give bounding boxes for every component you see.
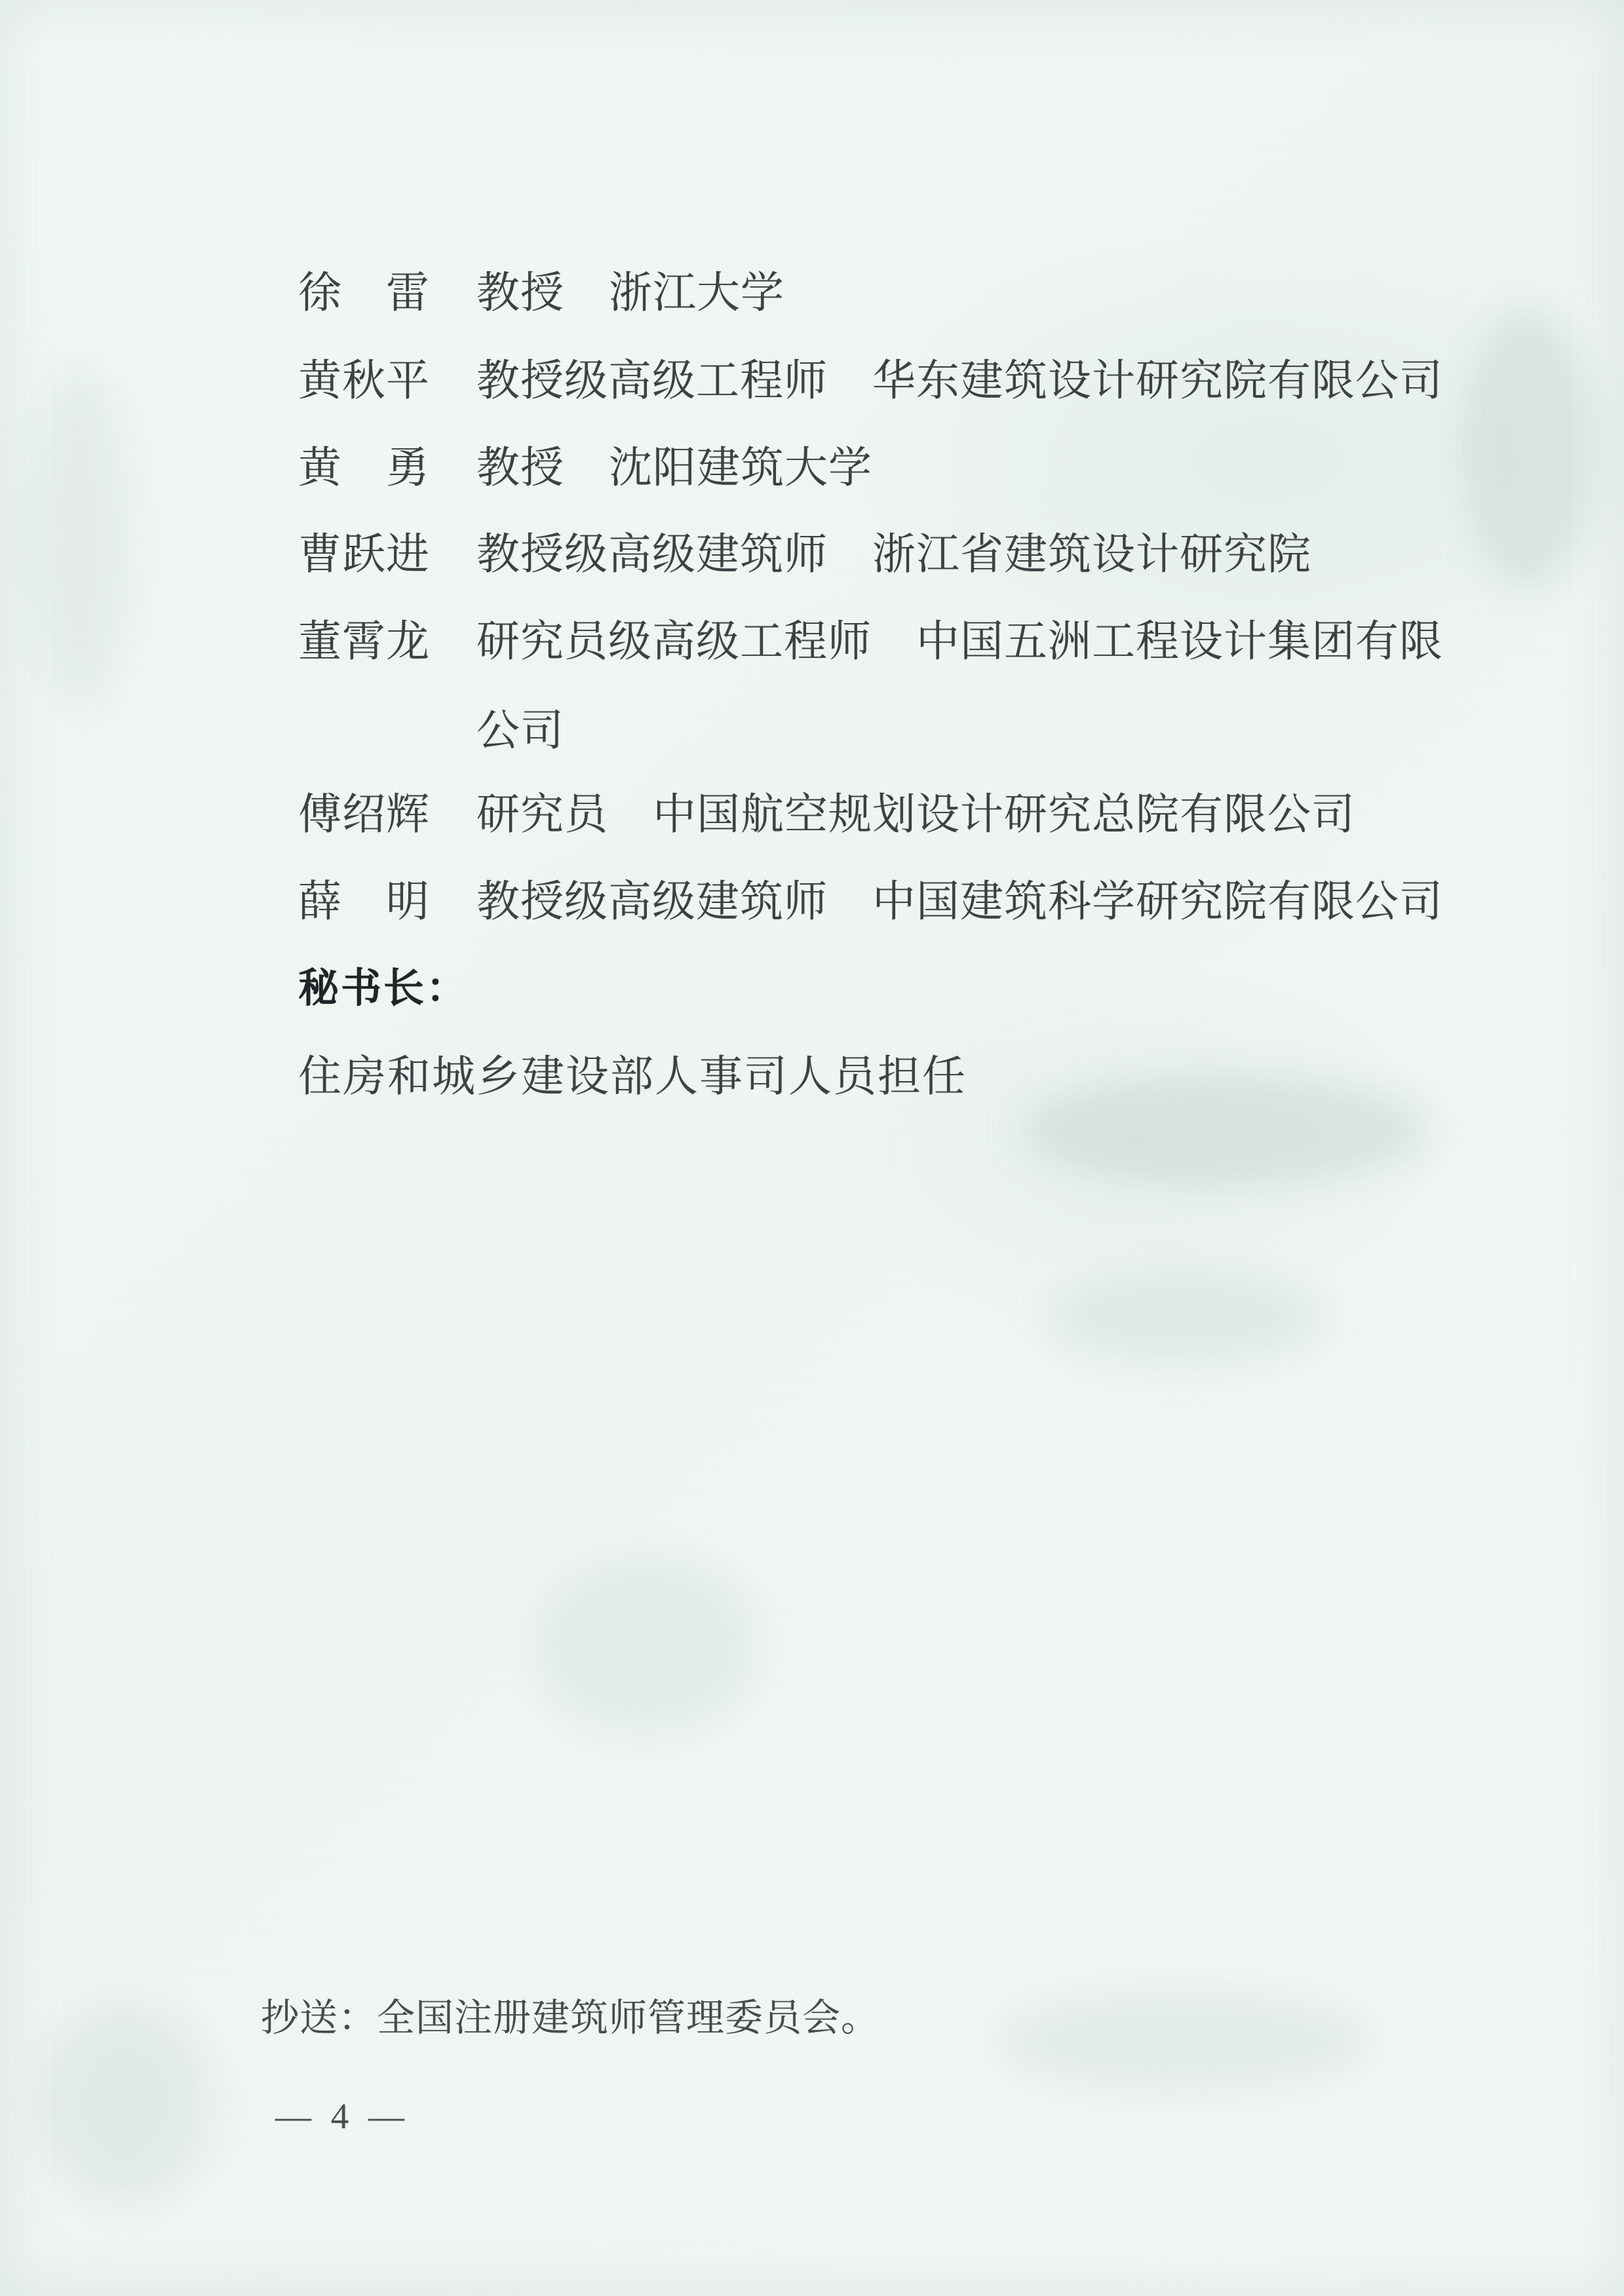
secretary-body: 住房和城乡建设部人事司人员担任 (298, 1054, 967, 1100)
member-org: 浙江大学 (609, 269, 784, 317)
member-title: 研究员级高级工程师 (476, 618, 872, 666)
member-org: 华东建筑设计研究院有限公司 (872, 357, 1443, 405)
member-row: 薛 明教授级高级建筑师中国建筑科学研究院有限公司 (298, 879, 1443, 925)
member-title: 教授级高级工程师 (476, 357, 828, 405)
member-title: 研究员 (476, 791, 608, 839)
member-row: 徐 雷教授浙江大学 (298, 271, 784, 316)
member-org: 中国五洲工程设计集团有限 (916, 618, 1443, 666)
scan-smudge (537, 1559, 754, 1730)
member-title: 教授级高级建筑师 (476, 531, 828, 579)
member-title: 教授 (476, 444, 564, 492)
member-name: 曹跃进 (298, 532, 476, 578)
scan-smudge (1049, 1271, 1324, 1363)
member-org: 中国建筑科学研究院有限公司 (872, 878, 1443, 926)
member-row: 董霄龙研究员级高级工程师中国五洲工程设计集团有限 (298, 619, 1443, 665)
member-row: 曹跃进教授级高级建筑师浙江省建筑设计研究院 (298, 532, 1311, 578)
member-org: 中国航空规划设计研究总院有限公司 (653, 791, 1355, 839)
member-row: 傅绍辉研究员中国航空规划设计研究总院有限公司 (298, 792, 1355, 838)
member-name: 徐 雷 (298, 271, 476, 316)
scan-smudge (1461, 308, 1593, 590)
scanned-document-page: 徐 雷教授浙江大学 黄秋平教授级高级工程师华东建筑设计研究院有限公司 黄 勇教授… (0, 0, 1624, 2296)
member-title: 教授 (476, 269, 564, 317)
page-number: — 4 — (275, 2097, 410, 2136)
secretary-heading: 秘书长： (298, 966, 469, 1010)
member-name: 薛 明 (298, 879, 476, 925)
member-row: 黄 勇教授沈阳建筑大学 (298, 446, 872, 491)
member-row: 黄秋平教授级高级工程师华东建筑设计研究院有限公司 (298, 358, 1443, 404)
member-name: 傅绍辉 (298, 792, 476, 838)
scan-smudge (39, 2005, 210, 2202)
member-org: 沈阳建筑大学 (609, 444, 872, 492)
member-org: 浙江省建筑设计研究院 (872, 531, 1311, 579)
member-org-continuation: 公司 (476, 708, 564, 754)
scan-smudge (26, 367, 131, 708)
scan-smudge (1003, 1992, 1370, 2090)
member-name: 黄秋平 (298, 358, 476, 404)
cc-line: 抄送：全国注册建筑师管理委员会。 (261, 1997, 880, 2039)
member-name: 董霄龙 (298, 619, 476, 665)
member-name: 黄 勇 (298, 446, 476, 491)
member-title: 教授级高级建筑师 (476, 878, 828, 926)
scan-smudge (1022, 1075, 1429, 1186)
